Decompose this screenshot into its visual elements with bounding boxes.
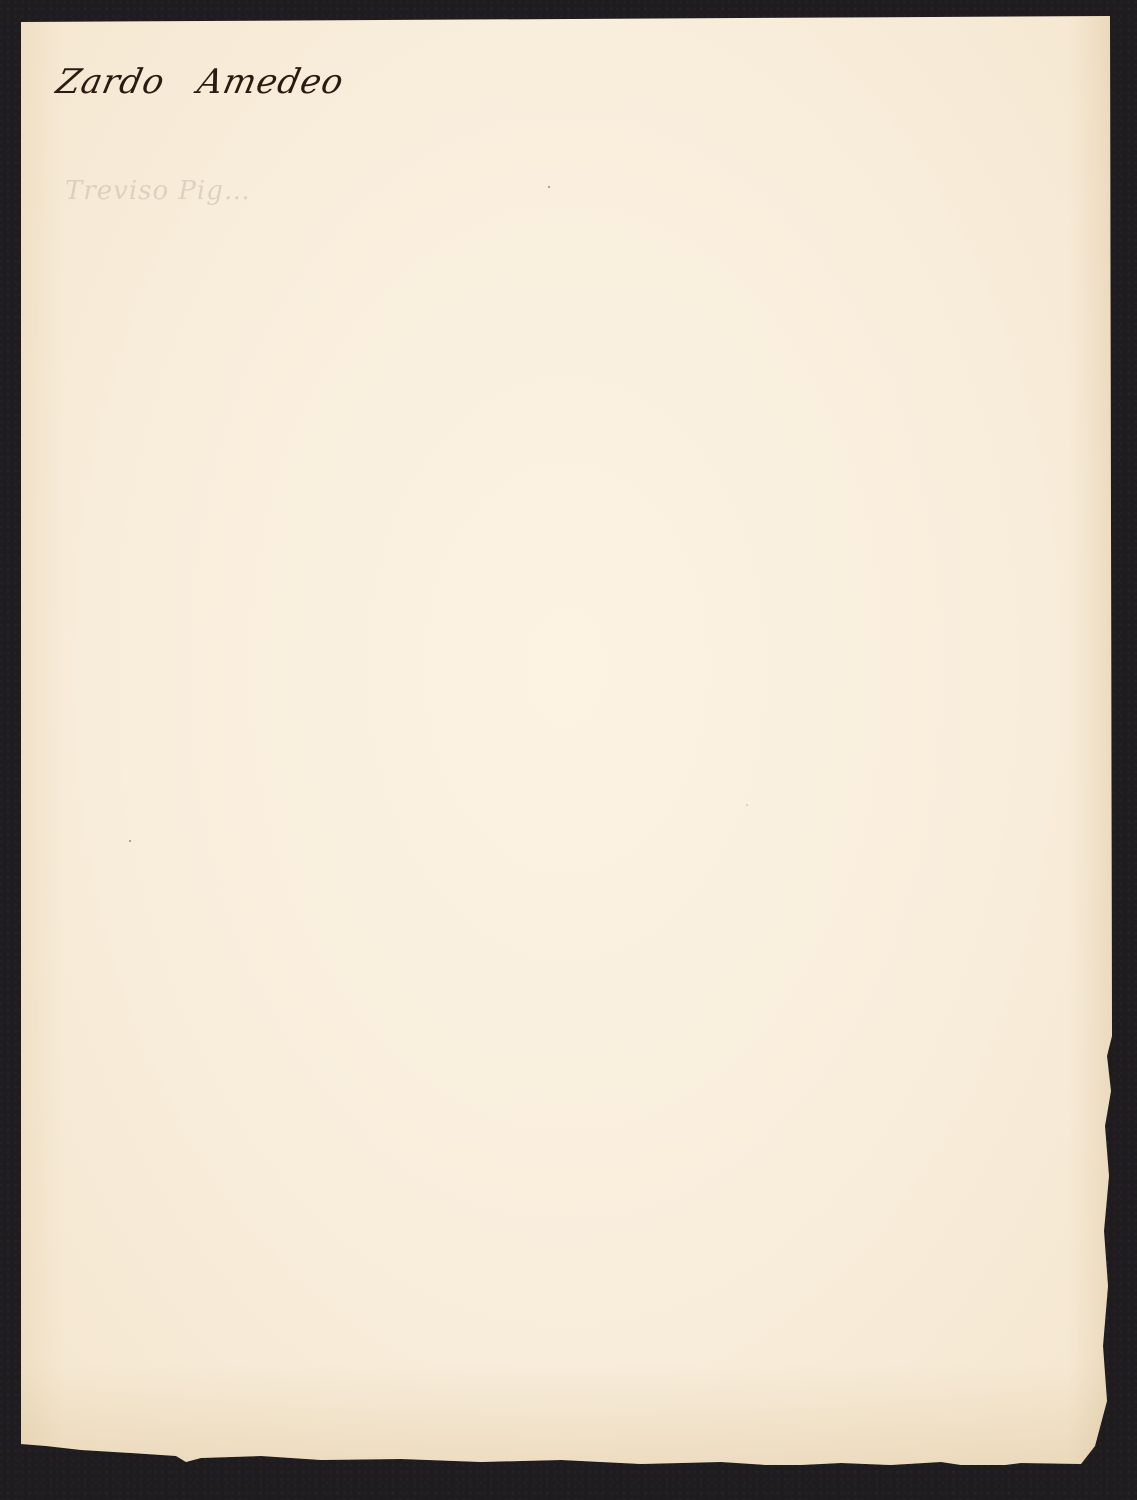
paper-speck xyxy=(548,186,550,188)
handwritten-name: Zardo Amedeo xyxy=(53,62,348,102)
paper-sheet: Zardo Amedeo Treviso Pig… xyxy=(21,16,1112,1465)
paper-speck xyxy=(746,804,748,806)
pencil-annotation: Treviso Pig… xyxy=(65,176,251,206)
paper-speck xyxy=(129,840,131,842)
